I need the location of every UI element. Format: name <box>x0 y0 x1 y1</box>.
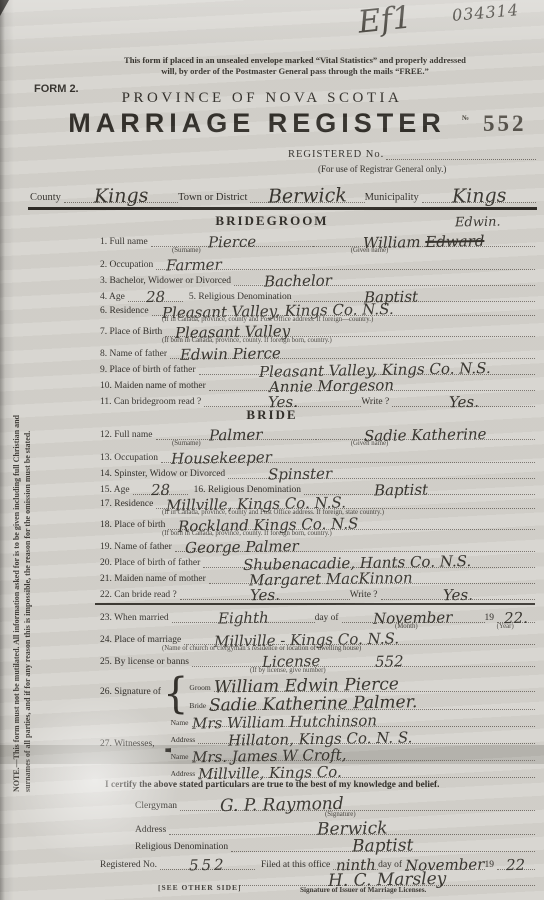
county-label: County <box>30 192 64 203</box>
q24-place-row: 24. Place of marriage Millville - Kings … <box>100 630 535 645</box>
q1-given-correction: Edwin. <box>455 217 501 229</box>
margin-note: NOTE.—This form must not be mutilated. A… <box>11 244 33 792</box>
mail-notice-line2: will, by order of the Postmaster General… <box>80 66 510 77</box>
q17-value: Millville, Kings Co. N.S. <box>166 496 346 513</box>
issuer-signature: H. C. Marsley <box>328 872 447 889</box>
q21-mother-row: 21. Maiden name of mother Margaret MacKi… <box>100 568 535 584</box>
town-label: Town or District <box>178 192 250 203</box>
issuer-signature-field: H. C. Marsley <box>240 869 535 886</box>
q6-field: Pleasant Valley, Kings Co. N.S. <box>152 301 535 316</box>
town-value: Berwick <box>268 187 347 205</box>
witness1-name-field: Mrs William Hutchinson <box>192 709 535 727</box>
q12-given-field: Sadie Katherine <box>316 422 535 440</box>
q13-occupation-row: 13. Occupation Housekeeper <box>100 447 535 463</box>
q23-month-value: November <box>373 611 453 626</box>
q23-label: 23. When married <box>100 613 172 623</box>
q12-full-name-row: 12. Full name Palmer Sadie Katherine <box>100 423 535 440</box>
q4-label: 4. Age <box>100 292 128 302</box>
handwritten-serial-number: 034314 <box>451 0 519 25</box>
q25-field: License 552 <box>192 651 535 667</box>
filed-day-field: ninth <box>333 851 378 870</box>
page-title: MARRIAGE REGISTER <box>0 108 514 139</box>
q12-given-value: Sadie Katherine <box>364 427 487 443</box>
form-body: BRIDEGROOM 1. Full name Pierce William E… <box>0 213 544 894</box>
q11-write-value: Yes. <box>448 395 478 409</box>
witness1-name-row: Name Mrs William Hutchinson <box>171 710 535 727</box>
q11-read-value: Yes. <box>268 395 298 409</box>
q17-label: 17. Residence <box>100 499 156 509</box>
witness2-address-field: Millville, Kings Co. <box>198 760 535 778</box>
signatures-brace: { <box>163 673 188 715</box>
registered-no-label: Registered No. <box>100 860 160 870</box>
q18-value: Rockland Kings Co. N.S <box>178 517 359 534</box>
q15-age-field: 28 <box>133 478 188 495</box>
witness2-address-label: Address <box>171 769 199 778</box>
margin-note-line1: NOTE.—This form must not be mutilated. A… <box>11 244 22 792</box>
municipality-label: Municipality <box>365 192 422 203</box>
q1-label: 1. Full name <box>100 237 151 247</box>
filed-month-field: November <box>405 851 484 870</box>
q2-field: Farmer <box>156 253 535 270</box>
q8-father-row: 8. Name of father Edwin Pierce <box>100 344 535 359</box>
q12-surname-field: Palmer <box>156 422 317 440</box>
q13-label: 13. Occupation <box>100 453 161 463</box>
q8-label: 8. Name of father <box>100 349 170 359</box>
q22-label: 22. Can bride read ? <box>100 590 180 600</box>
q23-day-of-label: day of <box>315 613 342 623</box>
q10-field: Annie Morgeson <box>209 374 535 391</box>
q23-day-field: Eighth <box>172 606 315 623</box>
q6-label: 6. Residence <box>100 306 152 316</box>
q5-field: Baptist <box>294 285 535 302</box>
clergyman-field: G. P. Raymond <box>180 793 535 811</box>
scan-corner-artifact <box>0 0 9 16</box>
q2-label: 2. Occupation <box>100 260 156 270</box>
q22-literacy-row: 22. Can bride read ? Yes. Write ? Yes. <box>100 584 535 600</box>
q2-occupation-row: 2. Occupation Farmer <box>100 254 535 270</box>
registered-filed-row: Registered No. 552 Filed at this office … <box>100 852 535 870</box>
q20-label: 20. Place of birth of father <box>100 558 203 568</box>
clergyman-row: Clergyman G. P. Raymond <box>135 794 535 811</box>
q7-label: 7. Place of Birth <box>100 327 165 337</box>
witnesses-brace: { <box>157 712 171 782</box>
q13-field: Housekeeper <box>161 446 535 463</box>
q15-label: 15. Age <box>100 485 133 495</box>
q23-day-value: Eighth <box>218 611 269 625</box>
q25-label: 25. By license or banns <box>100 657 192 667</box>
q25-license-number: 552 <box>320 655 404 670</box>
see-other-side-note: [SEE OTHER SIDE] <box>158 883 242 892</box>
town-field: Berwick <box>250 180 364 203</box>
registered-no-value: 552 <box>189 858 227 872</box>
q9-label: 9. Place of birth of father <box>100 365 199 375</box>
q22-read-value: Yes. <box>250 588 280 602</box>
municipality-field: Kings <box>422 180 536 203</box>
witness2-name-label: Name <box>171 752 192 761</box>
witness2-address: Millville, Kings Co. <box>198 765 342 781</box>
q18-label: 18. Place of birth <box>100 520 168 530</box>
q14-field: Spinster <box>228 462 535 479</box>
registered-no-label: REGISTERED No. <box>288 149 384 160</box>
witness2-address-row: Address Millville, Kings Co. <box>171 761 535 778</box>
q1-surname-field: Pierce <box>151 228 314 247</box>
filed-year-field: 22 <box>497 851 535 870</box>
q22-write-value: Yes. <box>443 588 473 602</box>
clergyman-label: Clergyman <box>135 801 180 811</box>
q18-field: Rockland Kings Co. N.S <box>168 515 535 530</box>
stamped-register-number: 552 <box>483 111 527 137</box>
q27-witnesses-block: 27. Witnesses, { Name Mrs William Hutchi… <box>100 710 535 778</box>
clergy-address-field: Berwick <box>169 817 535 835</box>
q22-write-field: Yes. <box>381 583 535 600</box>
q26-rows: Groom William Edwin Pierce Bride Sadie K… <box>189 674 535 710</box>
province-heading: PROVINCE OF NOVA SCOTIA <box>0 90 524 107</box>
witness1-address-field: Hillaton, Kings Co. N. S. <box>198 726 535 744</box>
q22-read-field: Yes. <box>180 583 350 600</box>
issuer-signature-row: H. C. Marsley <box>240 870 535 886</box>
q1-full-name-row: 1. Full name Pierce William Edward Edwin… <box>100 229 535 247</box>
q17-residence-row: 17. Residence Millville, Kings Co. N.S. <box>100 495 535 509</box>
q16-field: Baptist <box>304 478 535 495</box>
q1-given-value: William Edward <box>363 234 485 250</box>
q22-write-label: Write ? <box>350 590 381 600</box>
q12-surname-value: Palmer <box>209 428 263 442</box>
groom-signature-field: William Edwin Pierce <box>214 673 535 692</box>
clergy-address-row: Address Berwick <box>135 818 535 835</box>
q17-field: Millville, Kings Co. N.S. <box>156 494 535 509</box>
q27-label: 27. Witnesses, <box>100 739 155 749</box>
q23-when-married-row: 23. When married Eighth day of November … <box>100 607 535 623</box>
q6-residence-row: 6. Residence Pleasant Valley, Kings Co. … <box>100 302 535 316</box>
q20-father-birthplace-row: 20. Place of birth of father Shubenacadi… <box>100 552 535 568</box>
clergy-address-label: Address <box>135 825 169 835</box>
margin-note-line2: surnames of all parties, and if for any … <box>22 244 33 792</box>
q26-signatures-block: 26. Signature of { Groom William Edwin P… <box>100 674 535 710</box>
q25-license-word: License <box>192 654 320 670</box>
witness2-name-field: Mrs. James W Croft, <box>192 743 535 761</box>
q25-license-row: 25. By license or banns License 552 <box>100 652 535 667</box>
q1-given-struck: Edward <box>426 231 485 250</box>
q19-field: George Palmer <box>175 536 535 552</box>
mail-notice-line1: This form if placed in an unsealed envel… <box>80 55 510 66</box>
q7-birthplace-row: 7. Place of Birth Pleasant Valley <box>100 323 535 337</box>
q24-label: 24. Place of marriage <box>100 635 184 645</box>
q23-year-value: 22. <box>504 611 528 625</box>
denomination-row: Religious Denomination Baptist <box>135 835 535 852</box>
q24-value: Millville - Kings Co. N.S. <box>214 632 399 649</box>
registrar-only-note: (For use of Registrar General only.) <box>318 164 446 174</box>
q11-literacy-row: 11. Can bridegroom read ? Yes. Write ? Y… <box>100 391 535 407</box>
q4-age-field: 28 <box>128 285 183 302</box>
q6-value: Pleasant Valley, Kings Co. N.S. <box>161 302 393 320</box>
q14-status-row: 14. Spinster, Widow or Divorced Spinster <box>100 463 535 479</box>
clergyman-signature: G. P. Raymond <box>220 797 344 814</box>
q1-given-field: William Edward Edwin. <box>313 228 535 247</box>
q4-q5-row: 4. Age 28 5. Religious Denomination Bapt… <box>100 286 535 302</box>
q24-field: Millville - Kings Co. N.S. <box>184 629 535 645</box>
municipality-value: Kings <box>452 187 507 205</box>
q15-q16-row: 15. Age 28 16. Religious Denomination Ba… <box>100 479 535 495</box>
q23-year-print: 19 <box>485 613 498 623</box>
q23-year-field: 22. <box>497 606 535 623</box>
registrar-stamp-icon: № <box>462 115 469 122</box>
bride-signature-row: Bride Sadie Katherine Palmer. <box>189 692 535 710</box>
q9-field: Pleasant Valley, Kings Co. N.S. <box>199 358 536 375</box>
q18-birthplace-row: 18. Place of birth Rockland Kings Co. N.… <box>100 516 535 530</box>
q23-month-field: November <box>342 606 485 623</box>
q1-surname-value: Pierce <box>208 235 256 249</box>
q8-field: Edwin Pierce <box>170 343 535 359</box>
q11-label: 11. Can bridegroom read ? <box>100 397 204 407</box>
witness1-name-label: Name <box>171 718 192 727</box>
registered-no-heading: REGISTERED No. <box>288 149 536 160</box>
q11-write-field: Yes. <box>392 390 535 407</box>
q19-label: 19. Name of father <box>100 542 175 552</box>
bride-signature-field: Sadie Katherine Palmer. <box>209 691 535 710</box>
witness2-name-row: Name Mrs. James W Croft, <box>171 744 535 761</box>
section-rule <box>28 207 537 210</box>
q27-rows: Name Mrs William Hutchinson Address Hill… <box>171 710 535 778</box>
witness1-address-row: Address Hillaton, Kings Co. N. S. <box>171 727 535 744</box>
registered-no-blank-line <box>386 159 536 160</box>
groom-signature-row: Groom William Edwin Pierce <box>189 674 535 692</box>
q21-field: Margaret MacKinnon <box>209 567 535 584</box>
q26-label: 26. Signature of <box>100 687 161 697</box>
denomination-field: Baptist <box>231 834 535 852</box>
county-value: Kings <box>94 187 149 205</box>
county-field: Kings <box>64 180 178 203</box>
q9-father-birthplace-row: 9. Place of birth of father Pleasant Val… <box>100 359 535 375</box>
q11-read-field: Yes. <box>204 390 361 407</box>
jurisdiction-row: County Kings Town or District Berwick Mu… <box>30 181 536 203</box>
q3-status-row: 3. Bachelor, Widower or Divorced Bachelo… <box>100 270 535 286</box>
q10-label: 10. Maiden name of mother <box>100 381 209 391</box>
q10-mother-row: 10. Maiden name of mother Annie Morgeson <box>100 375 535 391</box>
mail-notice: This form if placed in an unsealed envel… <box>80 55 510 77</box>
q19-father-row: 19. Name of father George Palmer <box>100 537 535 552</box>
q7-field: Pleasant Valley <box>165 322 535 337</box>
q7-value: Pleasant Valley <box>175 324 290 340</box>
q20-field: Shubenacadie, Hants Co. N.S. <box>203 551 535 568</box>
q11-write-label: Write ? <box>361 397 392 407</box>
q12-label: 12. Full name <box>100 430 156 440</box>
q3-field: Bachelor <box>234 269 535 286</box>
registered-no-field: 552 <box>160 851 255 870</box>
handwritten-flourish-mark: Ef1 <box>356 0 413 41</box>
marriage-register-document: Ef1 034314 This form if placed in an uns… <box>0 0 544 900</box>
